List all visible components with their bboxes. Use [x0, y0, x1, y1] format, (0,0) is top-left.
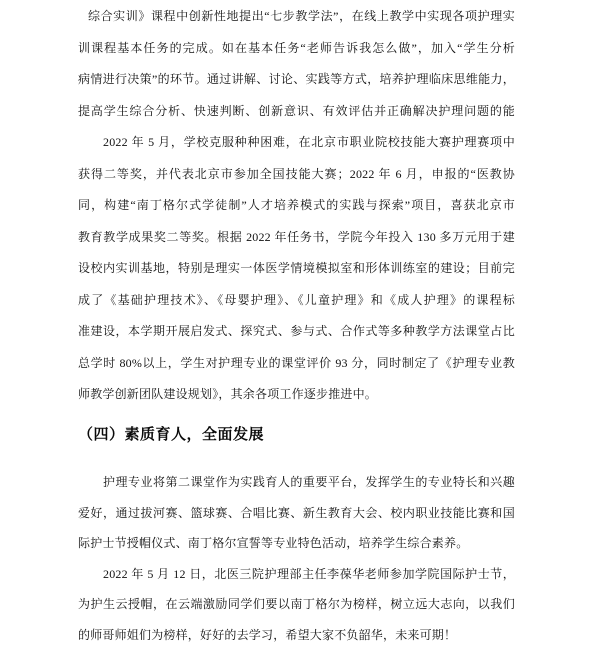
text-line: 教育教学成果奖二等奖。根据 2022 年任务书，学院今年投入 130 多万元用于…: [78, 222, 515, 254]
document-page: 综合实训》课程中创新性地提出“七步教学法”，在线上教学中实现各项护理实 训课程基…: [0, 0, 595, 648]
paragraph-second-classroom: 护理专业将第二课堂作为实践育人的重要平台，发挥学生的专业特长和兴趣 爱好，通过拔…: [78, 467, 515, 559]
text-line: 护理专业将第二课堂作为实践育人的重要平台，发挥学生的专业特长和兴趣: [78, 467, 515, 498]
text-line: 总学时 80%以上，学生对护理专业的课堂评价 93 分，同时制定了《护理专业教: [78, 348, 515, 380]
text-line: 2022 年 5 月，学校克服种种困难，在北京市职业院校技能大赛护理赛项中: [78, 127, 515, 159]
paragraph-achievements: 2022 年 5 月，学校克服种种困难，在北京市职业院校技能大赛护理赛项中 获得…: [78, 127, 515, 411]
text-line: 师教学创新团队建设规划》，其余各项工作逐步推进中。: [78, 379, 515, 411]
text-line: 2022 年 5 月 12 日，北医三院护理部主任李葆华老师参加学院国际护士节，: [78, 559, 515, 590]
upper-text-block: 综合实训》课程中创新性地提出“七步教学法”，在线上教学中实现各项护理实 训课程基…: [78, 1, 515, 411]
text-line: 为护生云授帽，在云端激励同学们要以南丁格尔为榜样，树立远大志向，以我们: [78, 589, 515, 620]
text-line: 同，构建“南丁格尔式学徒制”人才培养模式的实践与探索”项目，喜获北京市: [78, 190, 515, 222]
text-line: 病情进行决策”的环节。通过讲解、讨论、实践等方式，培养护理临床思维能力，: [78, 64, 515, 96]
section-heading: （四）素质育人，全面发展: [78, 419, 515, 450]
paragraph-continuation: 综合实训》课程中创新性地提出“七步教学法”，在线上教学中实现各项护理实 训课程基…: [78, 1, 515, 127]
text-line: 准建设，本学期开展启发式、探究式、参与式、合作式等多种教学方法课堂占比: [78, 316, 515, 348]
paragraph-nurses-day: 2022 年 5 月 12 日，北医三院护理部主任李葆华老师参加学院国际护士节，…: [78, 559, 515, 648]
text-line: 的师哥师姐们为榜样，好好的去学习，希望大家不负韶华，未来可期！: [78, 620, 515, 648]
text-line: 获得二等奖，并代表北京市参加全国技能大赛；2022 年 6 月，申报的“医教协: [78, 159, 515, 191]
text-line: 提高学生综合分析、快速判断、创新意识、有效评估并正确解决护理问题的能力。: [78, 96, 515, 128]
text-line: 设校内实训基地，特别是理实一体医学情境模拟室和形体训练室的建设；目前完: [78, 253, 515, 285]
text-line: 训课程基本任务的完成。如在基本任务“老师告诉我怎么做”，加入“学生分析: [78, 33, 515, 65]
text-line: 际护士节授帽仪式、南丁格尔宣誓等专业特色活动，培养学生综合素养。: [78, 528, 515, 559]
text-line: 成了《基础护理技术》、《母婴护理》、《儿童护理》和《成人护理》的课程标: [78, 285, 515, 317]
text-line: 爱好，通过拔河赛、篮球赛、合唱比赛、新生教育大会、校内职业技能比赛和国: [78, 498, 515, 529]
lower-text-block: 护理专业将第二课堂作为实践育人的重要平台，发挥学生的专业特长和兴趣 爱好，通过拔…: [78, 467, 515, 648]
text-line: 综合实训》课程中创新性地提出“七步教学法”，在线上教学中实现各项护理实: [78, 1, 515, 33]
